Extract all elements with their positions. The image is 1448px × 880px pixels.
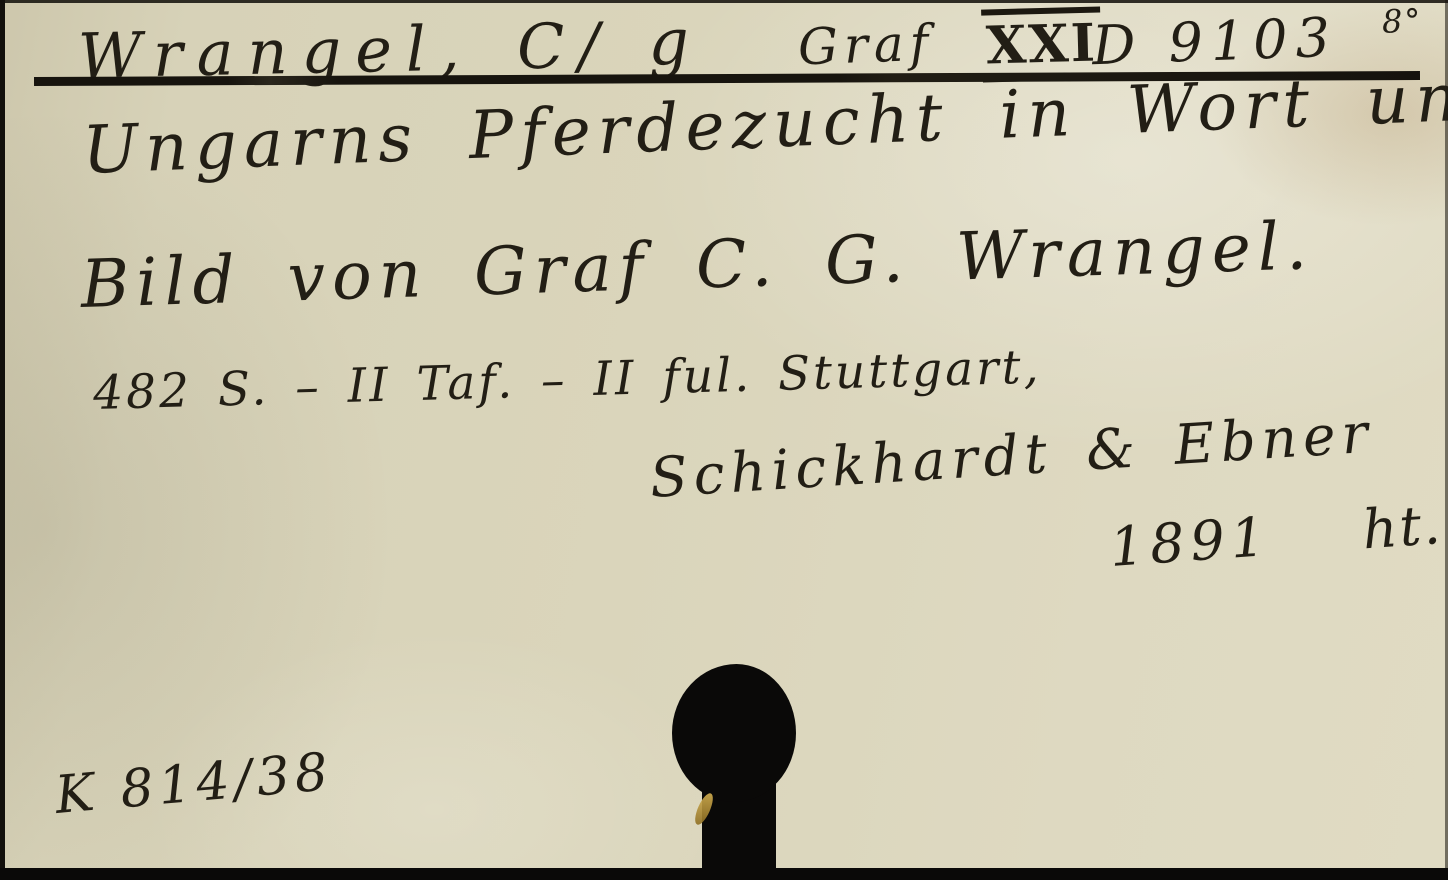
publication-year: 1891	[1108, 505, 1273, 579]
title-line-2: Bild von Graf C. G. Wrangel.	[80, 207, 1315, 323]
scan-edge-left	[0, 0, 5, 880]
scan-edge-top	[0, 0, 1448, 3]
heading-series-numeral: XXI	[981, 6, 1102, 82]
year-row: 1891 ht.	[1108, 493, 1445, 579]
heading-format: 8°	[1381, 1, 1423, 40]
punch-hole	[672, 664, 796, 802]
annotation-note: ht.	[1360, 493, 1444, 561]
catalog-card: Wrangel, C/ g Graf XXI D 9103 8° Ungarns…	[0, 0, 1448, 880]
accession-number: K 814/38	[53, 742, 335, 826]
collation-line: 482 S. – II Taf. – II ful. Stuttgart,	[92, 340, 1042, 421]
heading-initial: g	[647, 5, 691, 80]
publisher-line: Schickhardt & Ebner	[648, 401, 1376, 510]
heading-title-prefix: Graf	[797, 14, 935, 77]
